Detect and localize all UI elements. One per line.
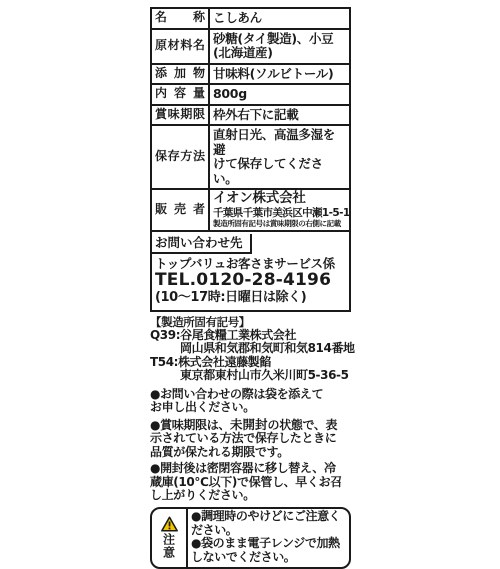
contact-label: お問い合わせ先	[152, 234, 252, 254]
spec-label-best-before: 賞味期限	[155, 108, 205, 122]
factory-address: 岡山県和気郡和気町和気814番地	[150, 342, 351, 355]
contact-hours: (10〜17時:日曜日は除く)	[155, 291, 346, 306]
spec-label-storage: 保存方法	[155, 150, 205, 164]
seller-address: 千葉県千葉市美浜区中瀬1-5-1	[213, 207, 350, 220]
note-after-opening: ●開封後は密閉容器に移し替え、冷 蔵庫(10℃以下)で保管し、早くお召 し上がり…	[150, 462, 351, 500]
spec-label-seller: 販売者	[155, 203, 205, 217]
spec-value-ingredients: 砂糖(タイ製造)、小豆 (北海道産)	[210, 30, 349, 63]
spec-label-ingredients: 原材料名	[155, 39, 205, 53]
factory-address: 東京都東村山市久米川町5-36-5	[150, 369, 351, 382]
spec-value-additives: 甘味料(ソルビトール)	[210, 65, 349, 84]
table-row: 販売者 イオン株式会社 千葉県千葉市美浜区中瀬1-5-1 製造所固有記号は賞味期…	[152, 190, 349, 232]
table-row: 名称 こしあん	[152, 9, 349, 30]
product-back-label: 名称 こしあん 原材料名 砂糖(タイ製造)、小豆 (北海道産) 添加物 甘味料(…	[150, 7, 351, 500]
contact-service-name: トップバリュお客さまサービス係	[155, 256, 346, 271]
note-best-before-explanation: ●賞味期限は、未開封の状態で、表 示されている方法で保存したときに 品質が保たれ…	[150, 418, 351, 460]
spec-label-name: 名称	[155, 11, 205, 25]
spec-value-best-before: 枠外右下に記載	[210, 106, 349, 125]
table-row: 添加物 甘味料(ソルビトール)	[152, 65, 349, 86]
spec-label-additives: 添加物	[155, 67, 205, 81]
table-row: 賞味期限 枠外右下に記載	[152, 106, 349, 127]
spec-value-storage: 直射日光、高温多湿を避 けて保存してください。	[210, 126, 349, 188]
spec-table: 名称 こしあん 原材料名 砂糖(タイ製造)、小豆 (北海道産) 添加物 甘味料(…	[150, 7, 351, 312]
factory-codes-header: 【製造所固有記号】	[150, 316, 351, 329]
seller-company: イオン株式会社	[213, 191, 350, 207]
table-row: 内容量 800g	[152, 85, 349, 106]
table-row: 保存方法 直射日光、高温多湿を避 けて保存してください。	[152, 126, 349, 190]
note-enclose-bag: ●お問い合わせの際は袋を添えて お申し出ください。	[150, 388, 351, 415]
seller-note: 製造所固有記号は賞味期限の右側に記載	[213, 219, 350, 228]
factory-codes-section: 【製造所固有記号】 Q39:谷尾食糧工業株式会社 岡山県和気郡和気町和気814番…	[150, 316, 351, 383]
spec-value-net-content: 800g	[210, 85, 349, 104]
spec-label-net-content: 内容量	[155, 87, 205, 101]
contact-phone-number: TEL.0120-28-4196	[155, 271, 346, 291]
table-row: 原材料名 砂糖(タイ製造)、小豆 (北海道産)	[152, 30, 349, 65]
contact-section: お問い合わせ先 トップバリュお客さまサービス係 TEL.0120-28-4196…	[152, 232, 349, 309]
notes-section: ●お問い合わせの際は袋を添えて お申し出ください。 ●賞味期限は、未開封の状態で…	[150, 388, 351, 500]
spec-value-seller: イオン株式会社 千葉県千葉市美浜区中瀬1-5-1 製造所固有記号は賞味期限の右側…	[210, 190, 353, 230]
unopened-emphasis: 未開封	[230, 417, 268, 432]
spec-value-name: こしあん	[210, 9, 349, 28]
